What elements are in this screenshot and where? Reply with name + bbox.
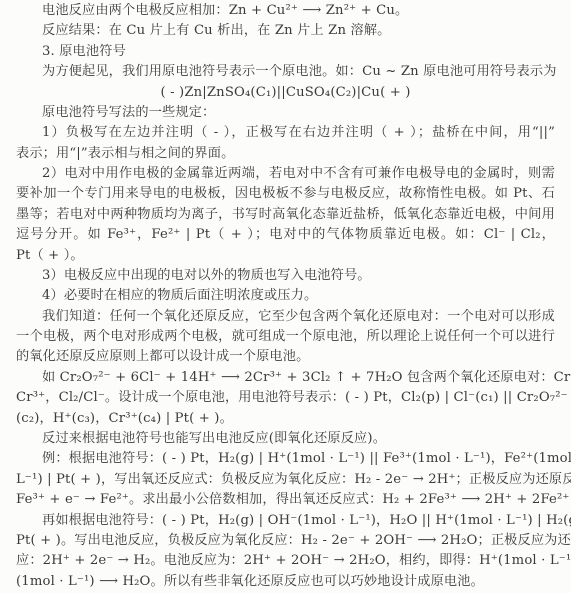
text-line: 3）电极反应中出现的电对以外的物质也写入电池符号。 bbox=[42, 267, 371, 285]
text-line: 为方便起见，我们用原电池符号表示一个原电池。如：Cu ~ Zn 原电池可用符号表… bbox=[42, 63, 555, 81]
text-line: 的氧化还原反应原则上都可以设计成一个原电池。 bbox=[16, 348, 309, 366]
text-line: 反过来根据电池符号也能写出电池反应(即氧化还原反应)。 bbox=[42, 430, 386, 448]
text-line: Cr³⁺，Cl₂/Cl⁻。设计成一个原电池，用电池符号表示：( - ) Pt，C… bbox=[16, 389, 555, 407]
text-line: Pt( + )。写出电池反应，负极反应为氧化反应：H₂ - 2e⁻ + 2OH⁻… bbox=[16, 532, 555, 550]
text-line: 一个电极，两个电对形成两个电极，就可组成一个原电池，所以理论上说任何一个可以进行 bbox=[16, 328, 555, 346]
text-line: 4）必要时在相应的物质后面注明浓度或压力。 bbox=[42, 287, 317, 305]
text-line: 反应结果：在 Cu 片上有 Cu 析出，在 Zn 片上 Zn 溶解。 bbox=[42, 22, 391, 40]
text-line: 如 Cr₂O₇²⁻ + 6Cl⁻ + 14H⁺ ⟶ 2Cr³⁺ + 3Cl₂ ↑… bbox=[42, 369, 555, 387]
text-line: Pt（ + ）。 bbox=[16, 247, 84, 265]
text-line: L⁻¹) | Pt( + )，写出氧还反应式：负极反应为氧化反应：H₂ - 2e… bbox=[16, 471, 555, 489]
text-line: 再如根据电池符号：( - ) Pt，H₂(g) | OH⁻(1mol · L⁻¹… bbox=[42, 512, 555, 530]
text-line: ( - )Zn|ZnSO₄(C₁)||CuSO₄(C₂)|Cu( + ) bbox=[0, 84, 571, 102]
text-line: 表示；用“|”表示相与相之间的界面。 bbox=[16, 145, 234, 163]
text-line: 原电池符号写法的一些规定： bbox=[42, 104, 215, 122]
text-line: 3. 原电池符号 bbox=[42, 43, 126, 61]
text-line: 电池反应由两个电极反应相加：Zn + Cu²⁺ ⟶ Zn²⁺ + Cu。 bbox=[42, 2, 408, 20]
text-line: 要补加一个专门用来导电的电极板，因电极板不参与电极反应，故称惰性电极。如 Pt、… bbox=[16, 185, 555, 203]
text-line: 例：根据电池符号：( - ) Pt，H₂(g) | H⁺(1mol · L⁻¹)… bbox=[42, 450, 555, 468]
text-line: 墨等；若电对中两种物质均为离子，书写时高氧化态靠近盐桥，低氧化态靠近电极，中间用 bbox=[16, 206, 555, 224]
text-line: 1）负极写在左边并注明（ - ），正极写在右边并注明（ + ）；盐桥在中间，用“… bbox=[42, 124, 555, 142]
text-line: Fe³⁺ + e⁻ → Fe²⁺。求出最小公倍数相加，得出氧还反应式：H₂ + … bbox=[16, 491, 570, 509]
text-line: 应：2H⁺ + 2e⁻ → H₂。电池反应为：2H⁺ + 2OH⁻ → 2H₂O… bbox=[16, 552, 555, 570]
text-line: (1mol · L⁻¹) ⟶ H₂O。所以有些非氧化还原反应也可以巧妙地设计成原… bbox=[16, 573, 484, 591]
text-line: (c₂)，H⁺(c₃)，Cr³⁺(c₄) | Pt( + )。 bbox=[16, 410, 233, 428]
text-line: 2）电对中用作电极的金属靠近两端，若电对中不含有可兼作电极导电的金属时，则需 bbox=[42, 165, 555, 183]
text-line: 我们知道：任何一个氧化还原反应，它至少包含两个氧化还原电对：一个电对可以形成 bbox=[42, 308, 555, 326]
document-page: 电池反应由两个电极反应相加：Zn + Cu²⁺ ⟶ Zn²⁺ + Cu。反应结果… bbox=[0, 0, 571, 593]
text-line: 逗号分开。如 Fe³⁺，Fe²⁺ | Pt（ + ）；电对中的气体物质靠近电极。… bbox=[16, 226, 555, 244]
